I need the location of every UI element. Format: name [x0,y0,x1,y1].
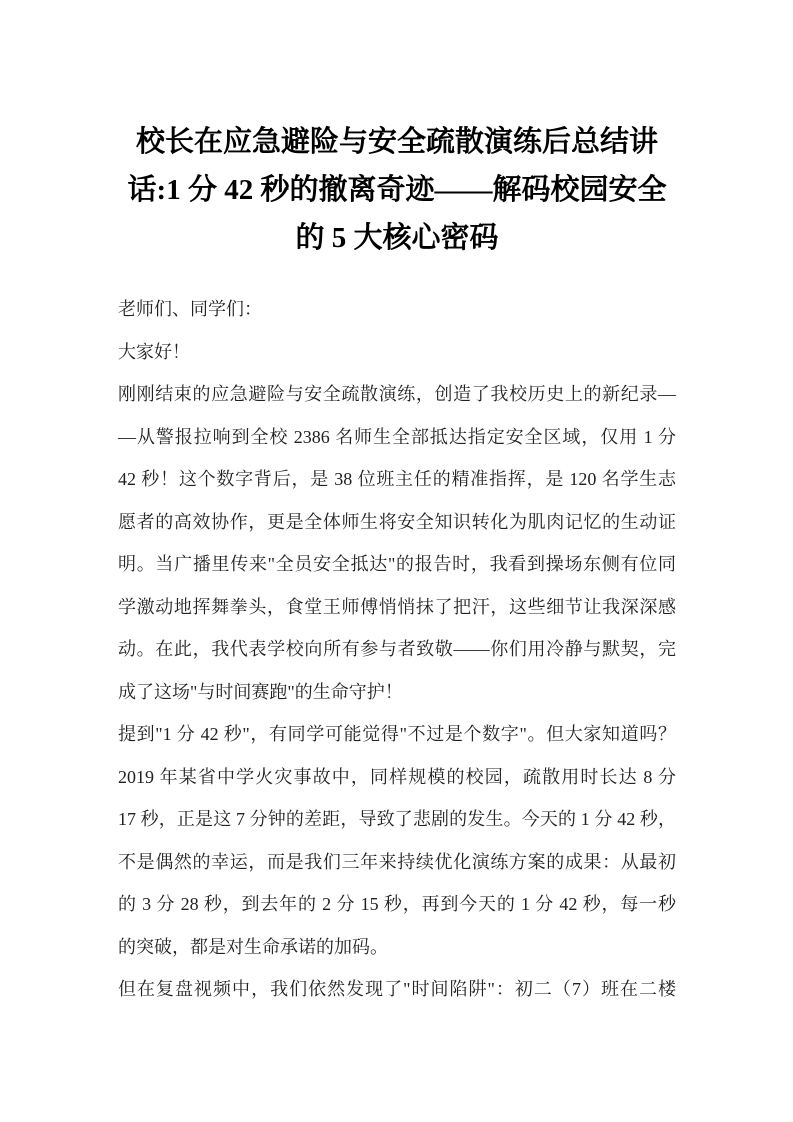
paragraph: 刚刚结束的应急避险与安全疏散演练，创造了我校历史上的新纪录——从警报拉响到全校 … [118,373,676,713]
body-line: 的突破，都是对生命承诺的加码。 [118,926,676,969]
title-line: 话:1 分 42 秒的撤离奇迹——解码校园安全 [118,166,676,214]
paragraph: 老师们、同学们： [118,288,676,331]
body-line: —从警报拉响到全校 2386 名师生全部抵达指定安全区域，仅用 1 分 [118,416,676,459]
body-line: 明。当广播里传来"全员安全抵达"的报告时，我看到操场东侧有位同 [118,543,676,586]
paragraph: 但在复盘视频中，我们依然发现了"时间陷阱"：初二（7）班在二楼 [118,968,676,1011]
title-line: 的 5 大核心密码 [118,214,676,262]
body-line: 愿者的高效协作，更是全体师生将安全知识转化为肌肉记忆的生动证 [118,501,676,544]
body-line: 动。在此，我代表学校向所有参与者致敬——你们用冷静与默契，完 [118,628,676,671]
body-line: 17 秒，正是这 7 分钟的差距，导致了悲剧的发生。今天的 1 分 42 秒， [118,798,676,841]
body-line: 大家好！ [118,331,676,374]
document-page: 校长在应急避险与安全疏散演练后总结讲话:1 分 42 秒的撤离奇迹——解码校园安… [0,0,793,1122]
body-line: 42 秒！这个数字背后，是 38 位班主任的精准指挥，是 120 名学生志 [118,458,676,501]
body-line: 不是偶然的幸运，而是我们三年来持续优化演练方案的成果：从最初 [118,841,676,884]
paragraph: 提到"1 分 42 秒"，有同学可能觉得"不过是个数字"。但大家知道吗？2019… [118,713,676,968]
document-title: 校长在应急避险与安全疏散演练后总结讲话:1 分 42 秒的撤离奇迹——解码校园安… [118,118,676,262]
body-line: 刚刚结束的应急避险与安全疏散演练，创造了我校历史上的新纪录— [118,373,676,416]
paragraph: 大家好！ [118,331,676,374]
body-line: 成了这场"与时间赛跑"的生命守护！ [118,671,676,714]
document-body: 老师们、同学们：大家好！刚刚结束的应急避险与安全疏散演练，创造了我校历史上的新纪… [118,288,676,1011]
body-line: 的 3 分 28 秒，到去年的 2 分 15 秒，再到今天的 1 分 42 秒，… [118,883,676,926]
title-line: 校长在应急避险与安全疏散演练后总结讲 [118,118,676,166]
body-line: 学激动地挥舞拳头，食堂王师傅悄悄抹了把汗，这些细节让我深深感 [118,586,676,629]
body-line: 提到"1 分 42 秒"，有同学可能觉得"不过是个数字"。但大家知道吗？ [118,713,676,756]
body-line: 2019 年某省中学火灾事故中，同样规模的校园，疏散用时长达 8 分 [118,756,676,799]
body-line: 老师们、同学们： [118,288,676,331]
body-line: 但在复盘视频中，我们依然发现了"时间陷阱"：初二（7）班在二楼 [118,968,676,1011]
